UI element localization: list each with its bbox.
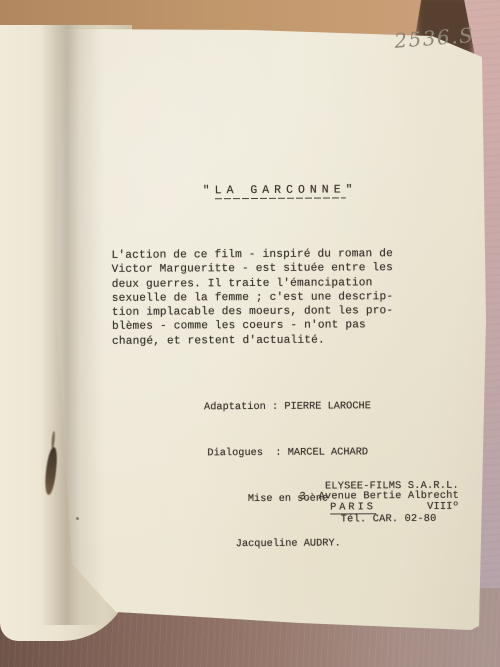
script-title-page-photo: 2536.S "LA GARCONNE" L'action de ce film… <box>0 0 500 667</box>
film-title: "LA GARCONNE" <box>203 183 358 197</box>
page-content: 2536.S "LA GARCONNE" L'action de ce film… <box>0 0 500 667</box>
credit-line-adaptation: Adaptation : PIERRE LAROCHE <box>204 400 371 416</box>
catalog-number-handwritten: 2536.S <box>393 23 475 53</box>
credit-line-director: Jacqueline AUDRY. <box>205 536 372 552</box>
credits-block: Adaptation : PIERRE LAROCHE Dialogues : … <box>204 369 372 583</box>
synopsis-paragraph: L'action de ce film - inspiré du roman d… <box>111 247 393 349</box>
credit-line-dialogues: Dialogues : MARCEL ACHARD <box>204 445 371 461</box>
company-phone: Tél. CAR. 02-80 <box>296 514 459 525</box>
company-district: VIIIº <box>427 502 459 513</box>
close-quote: " <box>346 183 358 196</box>
open-quote: " <box>203 184 215 197</box>
production-company-block: ELYSEE-FILMS S.A.R.L. 3, Avenue Bertie A… <box>296 481 459 526</box>
film-title-text: LA GARCONNE <box>215 183 346 199</box>
